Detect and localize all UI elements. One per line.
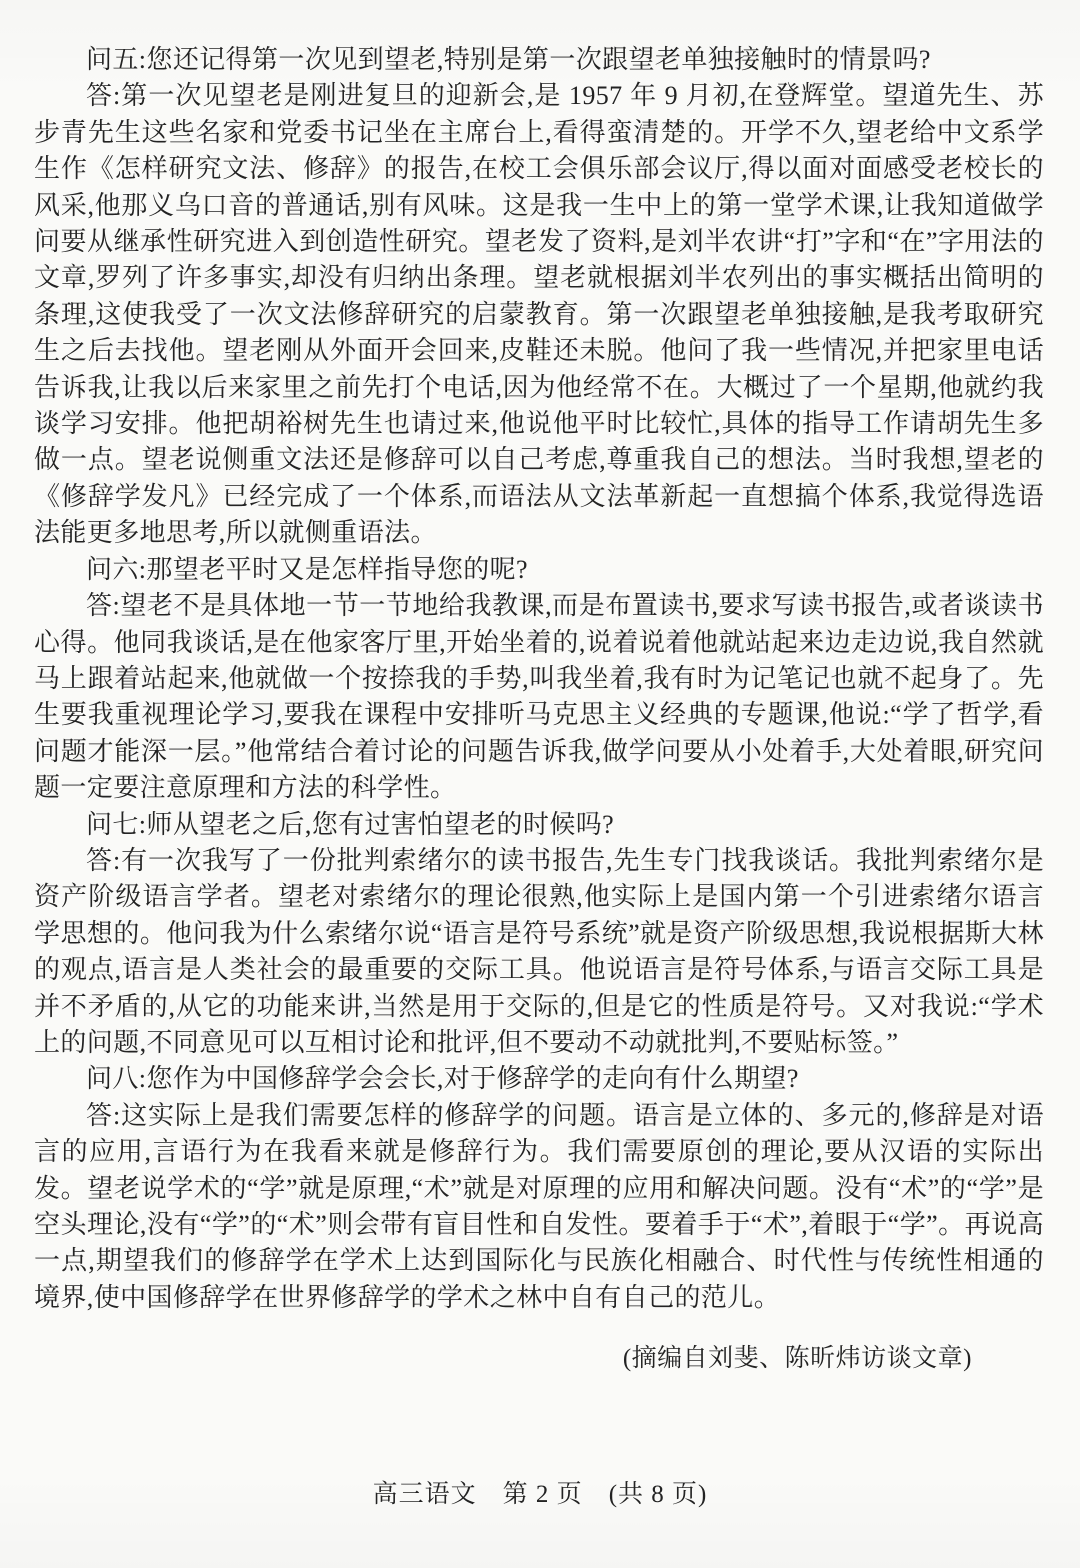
- passage-paragraph: 问五:您还记得第一次见到望老,特别是第一次跟望老单独接触时的情景吗?: [34, 42, 1044, 78]
- passage-paragraph: 答:望老不是具体地一节一节地给我教课,而是布置读书,要求写读书报告,或者谈读书心…: [34, 588, 1044, 806]
- passage-paragraph: 答:有一次我写了一份批判索绪尔的读书报告,先生专门找我谈话。我批判索绪尔是资产阶…: [34, 843, 1044, 1061]
- passage-paragraph: 问七:师从望老之后,您有过害怕望老的时候吗?: [34, 807, 1044, 843]
- source-attribution: (摘编自刘斐、陈昕炜访谈文章): [34, 1338, 1044, 1374]
- footer-total-pages: (共 8 页): [609, 1474, 708, 1510]
- passage-paragraph: 问六:那望老平时又是怎样指导您的呢?: [34, 552, 1044, 588]
- interview-passage: 问五:您还记得第一次见到望老,特别是第一次跟望老单独接触时的情景吗? 答:第一次…: [34, 42, 1044, 1316]
- passage-paragraph: 问八:您作为中国修辞学会会长,对于修辞学的走向有什么期望?: [34, 1061, 1044, 1097]
- footer-subject: 高三语文: [373, 1474, 477, 1510]
- footer-page-number: 第 2 页: [503, 1474, 583, 1510]
- passage-paragraph: 答:这实际上是我们需要怎样的修辞学的问题。语言是立体的、多元的,修辞是对语言的应…: [34, 1098, 1044, 1316]
- passage-paragraph: 答:第一次见望老是刚进复旦的迎新会,是 1957 年 9 月初,在登辉堂。望道先…: [34, 78, 1044, 551]
- exam-scan-page: 问五:您还记得第一次见到望老,特别是第一次跟望老单独接触时的情景吗? 答:第一次…: [0, 0, 1080, 1568]
- page-footer: 高三语文第 2 页(共 8 页): [0, 1474, 1080, 1510]
